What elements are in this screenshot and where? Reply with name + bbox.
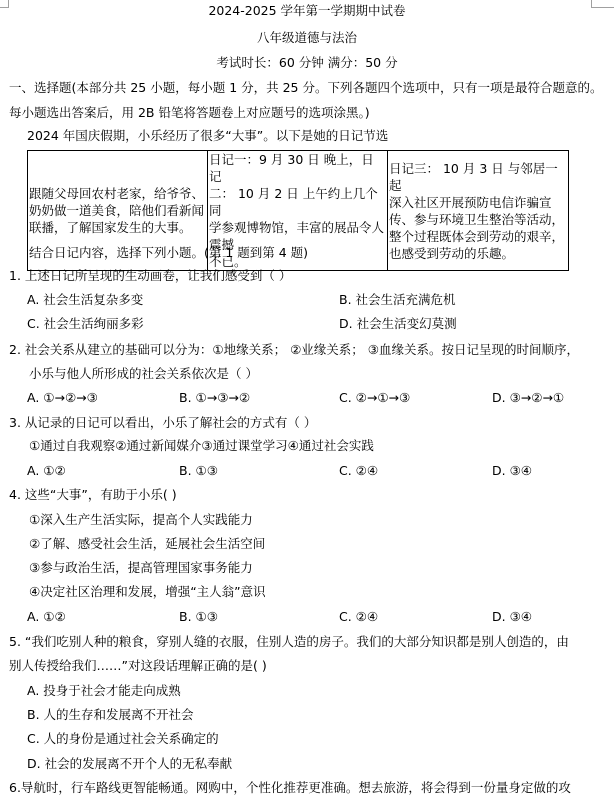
diary-cell-3: 日记三： 10 月 3 日 与邻居一起 深入社区开展预防电信诈骗宣 传、参与环境… (388, 151, 569, 271)
diary-cell-3-line: 日记三： 10 月 3 日 与邻居一起 (389, 160, 567, 194)
exam-subject: 八年级道德与法治 (0, 30, 614, 46)
question-5-stem-line1: 5. “我们吃别人种的粮食，穿别人缝的衣服，住别人造的房子。我们的大部分知识都是… (9, 634, 569, 650)
question-4-option-b[interactable]: B. ①③ (179, 609, 218, 625)
question-2-option-b[interactable]: B. ①→③→② (179, 390, 250, 406)
exam-title: 2024-2025 学年第一学期期中试卷 (0, 3, 614, 19)
diary-cell-3-line: 传、参与环境卫生整治等活动， (389, 211, 567, 228)
exam-info: 考试时长：60 分钟 满分：50 分 (0, 55, 614, 71)
question-2-option-a[interactable]: A. ①→②→③ (27, 390, 98, 406)
question-4-option-d[interactable]: D. ③④ (492, 609, 532, 625)
question-4-item-4: ④决定社区治理和发展，增强“主人翁”意识 (29, 584, 266, 600)
question-1-option-b[interactable]: B. 社会生活充满危机 (339, 292, 456, 308)
question-4-stem: 4. 这些“大事”，有助于小乐( ) (9, 487, 177, 503)
diary-cell-2-line: 日记一：9 月 30 日 晚上，日记 (209, 151, 386, 185)
diary-cell-2-line: 学参观博物馆，丰富的展品令人 (209, 219, 386, 236)
question-5-stem-line2: 别人传授给我们……”对这段话理解正确的是( ) (9, 658, 267, 674)
question-5-option-b[interactable]: B. 人的生存和发展离不开社会 (27, 707, 194, 723)
diary-cell-3-line: 也感受到劳动的乐趣。 (389, 245, 567, 262)
question-2-stem-line1: 2. 社会关系从建立的基础可以分为：①地缘关系； ②业缘关系； ③血缘关系。按日… (9, 342, 579, 358)
question-4-option-c[interactable]: C. ②④ (339, 609, 378, 625)
question-2-stem-line2: 小乐与他人所形成的社会关系依次是（ ） (29, 366, 258, 382)
question-1-stem: 1. 上述日记所呈现的生动画卷，让我们感受到（ ） (9, 268, 291, 284)
question-3-stem: 3. 从记录的日记可以看出，小乐了解社会的方式有（ ） (9, 415, 316, 431)
diary-cell-3-line: 整个过程既体会到劳动的艰辛， (389, 228, 567, 245)
question-5-option-d[interactable]: D. 社会的发展离不开个人的无私奉献 (27, 756, 232, 772)
question-3-item: ①通过自我观察②通过新闻媒介③通过课堂学习④通过社会实践 (29, 438, 374, 454)
question-1-option-d[interactable]: D. 社会生活变幻莫测 (339, 316, 457, 332)
question-5-option-c[interactable]: C. 人的身份是通过社会关系确定的 (27, 731, 219, 747)
question-2-option-c[interactable]: C. ②→①→③ (339, 390, 410, 406)
question-1-option-a[interactable]: A. 社会生活复杂多变 (27, 292, 143, 308)
question-6-stem: 6.导航时，行车路线更智能畅通。网购中，个性化推荐更准确。想去旅游，将会得到一份… (9, 780, 571, 796)
question-1-option-c[interactable]: C. 社会生活绚丽多彩 (27, 316, 144, 332)
question-4-item-3: ③参与政治生活，提高管理国家事务能力 (29, 560, 253, 576)
diary-cell-1-line: 奶奶做一道美食，陪他们看新闻 (29, 202, 206, 219)
question-4-item-2: ②了解、感受社会生活，延展社会生活空间 (29, 536, 265, 552)
diary-cell-1-line: 联播，了解国家发生的大事。 (29, 219, 206, 236)
section-instructions-line1: 一、选择题(本部分共 25 小题，每小题 1 分，共 25 分。下列各题四个选项… (9, 80, 602, 96)
diary-cell-1-line: 跟随父母回农村老家，给爷爷、 (29, 185, 206, 202)
question-3-option-d[interactable]: D. ③④ (492, 463, 532, 479)
diary-cell-3-line: 深入社区开展预防电信诈骗宣 (389, 194, 567, 211)
question-4-option-a[interactable]: A. ①② (27, 609, 66, 625)
question-2-option-d[interactable]: D. ③→②→① (492, 390, 564, 406)
question-3-option-a[interactable]: A. ①② (27, 463, 66, 479)
diary-followup: 结合日记内容，选择下列小题。(第 1 题到第 4 题) (29, 245, 308, 261)
question-4-item-1: ①深入生产生活实际，提高个人实践能力 (29, 512, 253, 528)
question-5-option-a[interactable]: A. 投身于社会才能走向成熟 (27, 683, 181, 699)
diary-intro: 2024 年国庆假期，小乐经历了很多“大事”。以下是她的日记节选 (27, 128, 388, 144)
section-instructions-line2: 每小题选出答案后，用 2B 铅笔将答题卷上对应题号的选项涂黑。) (9, 105, 370, 121)
question-3-option-c[interactable]: C. ②④ (339, 463, 378, 479)
diary-cell-2-line: 二： 10 月 2 日 上午约上几个同 (209, 185, 386, 219)
question-3-option-b[interactable]: B. ①③ (179, 463, 218, 479)
